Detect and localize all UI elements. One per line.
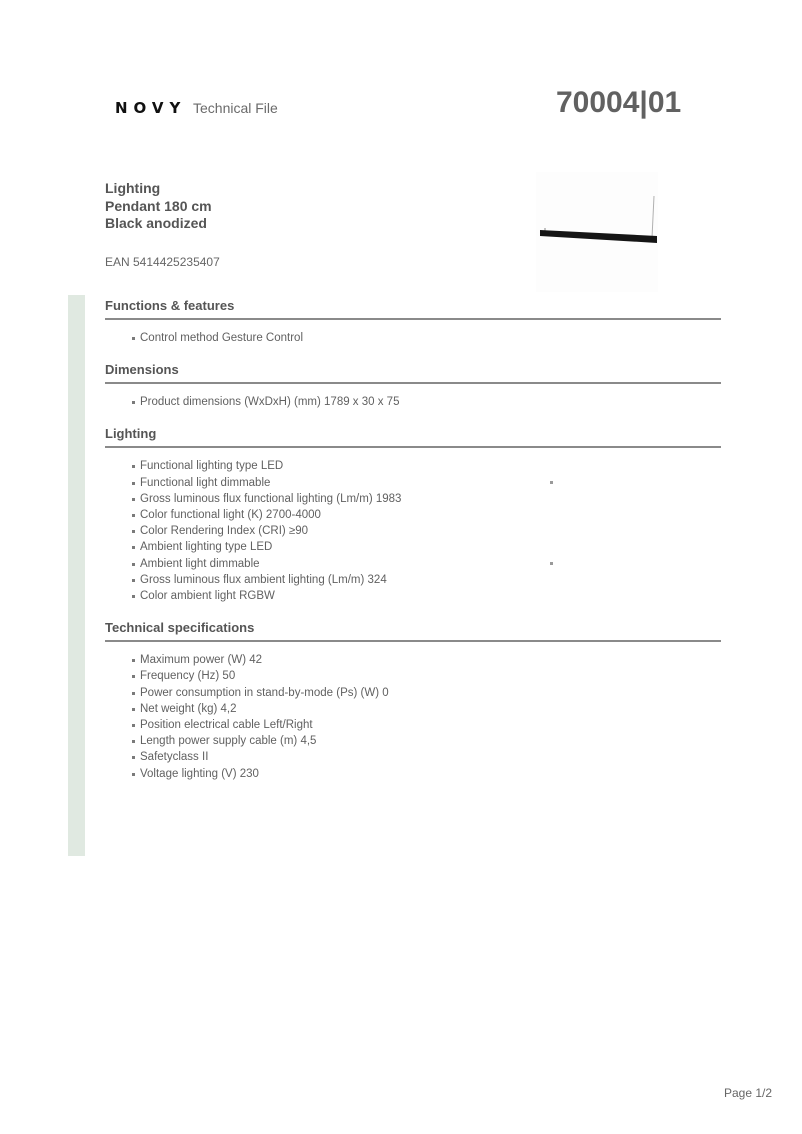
page-number: Page 1/2 [724, 1086, 772, 1100]
spec-item: Color ambient light RGBW [132, 588, 721, 604]
checkmark-icon [550, 481, 553, 484]
product-name: Pendant 180 cm [105, 198, 212, 216]
spec-item: Frequency (Hz) 50 [132, 668, 721, 684]
product-finish: Black anodized [105, 215, 212, 233]
spec-item: Functional light dimmable [132, 475, 721, 491]
spec-text: Gross luminous flux ambient lighting (Lm… [140, 574, 387, 586]
spec-text: Color ambient light RGBW [140, 590, 275, 602]
spec-text: Gross luminous flux functional lighting … [140, 493, 401, 505]
sidebar-accent-bar [68, 295, 85, 856]
product-title: Lighting Pendant 180 cm Black anodized [105, 180, 212, 233]
spec-text: Voltage lighting (V) 230 [140, 768, 259, 780]
brand-logo: NOVY [115, 99, 186, 117]
section-dimensions: DimensionsProduct dimensions (WxDxH) (mm… [105, 362, 721, 410]
ean-code: EAN 5414425235407 [105, 255, 220, 269]
section-title: Technical specifications [105, 620, 721, 642]
spec-list: Maximum power (W) 42Frequency (Hz) 50Pow… [105, 642, 721, 782]
spec-text: Product dimensions (WxDxH) (mm) 1789 x 3… [140, 396, 399, 408]
spec-text: Maximum power (W) 42 [140, 654, 262, 666]
spec-text: Control method Gesture Control [140, 332, 303, 344]
spec-text: Color Rendering Index (CRI) ≥90 [140, 525, 308, 537]
spec-text: Safetyclass II [140, 751, 208, 763]
section-title: Functions & features [105, 298, 721, 320]
spec-list: Control method Gesture Control [105, 320, 721, 346]
pendant-light-image [536, 172, 658, 292]
document-type: Technical File [193, 100, 278, 116]
spec-text: Frequency (Hz) 50 [140, 670, 235, 682]
spec-item: Length power supply cable (m) 4,5 [132, 733, 721, 749]
spec-content: Functions & featuresControl method Gestu… [105, 298, 721, 798]
spec-item: Functional lighting type LED [132, 458, 721, 474]
spec-text: Net weight (kg) 4,2 [140, 703, 237, 715]
spec-text: Functional light dimmable [140, 477, 270, 489]
product-category: Lighting [105, 180, 212, 198]
spec-text: Ambient light dimmable [140, 558, 260, 570]
spec-item: Net weight (kg) 4,2 [132, 701, 721, 717]
spec-text: Power consumption in stand-by-mode (Ps) … [140, 687, 389, 699]
section-functions-features: Functions & featuresControl method Gestu… [105, 298, 721, 346]
spec-item: Ambient light dimmable [132, 556, 721, 572]
checkmark-icon [550, 562, 553, 565]
spec-item: Voltage lighting (V) 230 [132, 766, 721, 782]
spec-list: Functional lighting type LEDFunctional l… [105, 448, 721, 604]
spec-item: Position electrical cable Left/Right [132, 717, 721, 733]
spec-text: Ambient lighting type LED [140, 541, 272, 553]
article-number: 70004|01 [556, 86, 681, 120]
section-title: Dimensions [105, 362, 721, 384]
spec-item: Power consumption in stand-by-mode (Ps) … [132, 685, 721, 701]
spec-item: Color functional light (K) 2700-4000 [132, 507, 721, 523]
spec-text: Position electrical cable Left/Right [140, 719, 313, 731]
spec-list: Product dimensions (WxDxH) (mm) 1789 x 3… [105, 384, 721, 410]
spec-text: Functional lighting type LED [140, 460, 283, 472]
spec-item: Maximum power (W) 42 [132, 652, 721, 668]
spec-item: Control method Gesture Control [132, 330, 721, 346]
spec-item: Ambient lighting type LED [132, 539, 721, 555]
spec-item: Safetyclass II [132, 749, 721, 765]
spec-text: Length power supply cable (m) 4,5 [140, 735, 316, 747]
section-technical-specifications: Technical specificationsMaximum power (W… [105, 620, 721, 782]
spec-item: Gross luminous flux functional lighting … [132, 491, 721, 507]
spec-item: Gross luminous flux ambient lighting (Lm… [132, 572, 721, 588]
spec-item: Product dimensions (WxDxH) (mm) 1789 x 3… [132, 394, 721, 410]
spec-item: Color Rendering Index (CRI) ≥90 [132, 523, 721, 539]
section-lighting: LightingFunctional lighting type LEDFunc… [105, 426, 721, 604]
section-title: Lighting [105, 426, 721, 448]
spec-text: Color functional light (K) 2700-4000 [140, 509, 321, 521]
